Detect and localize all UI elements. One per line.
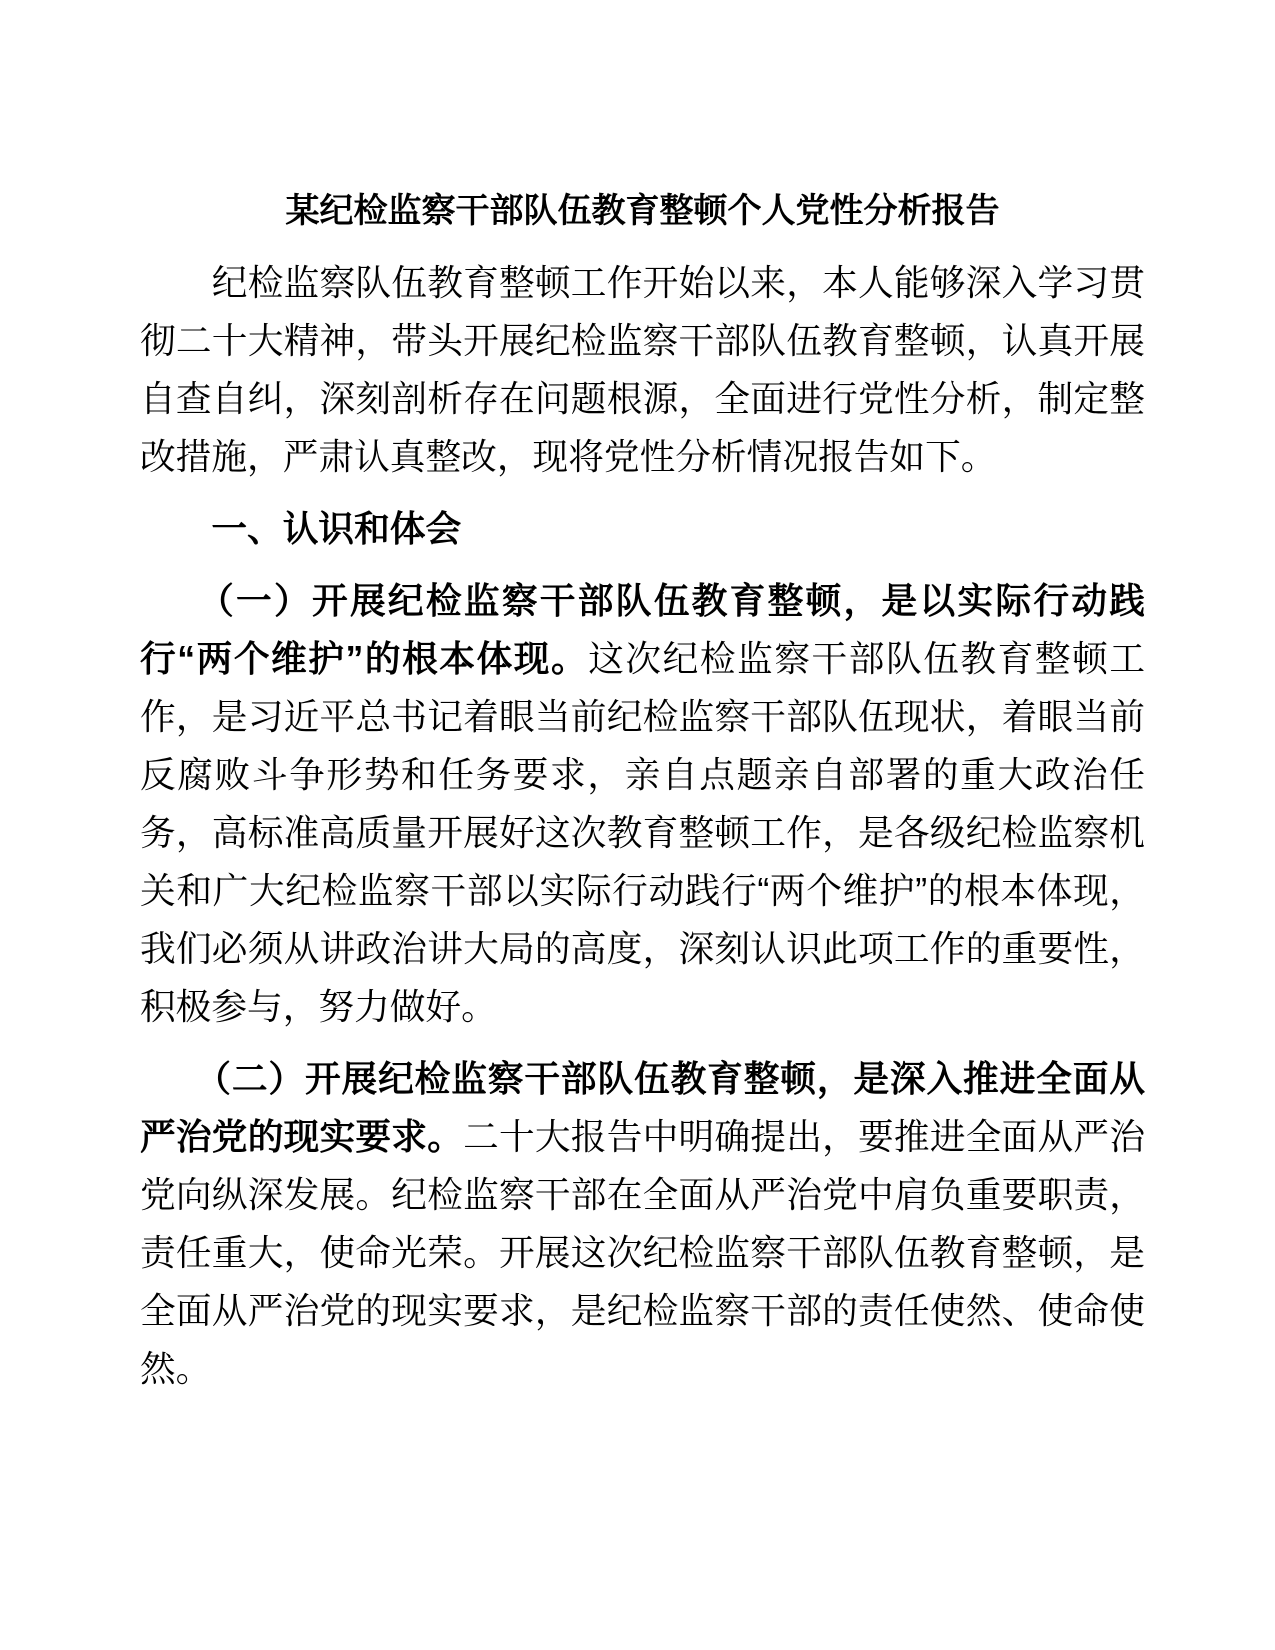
text-line-content: （二）开展纪检监察干部队伍教育整顿，是深入推进全面从 bbox=[140, 1059, 1146, 1099]
text-segment: 作，是习近平总书记着眼当前纪检监察干部队伍现状，着眼当前 bbox=[140, 697, 1145, 737]
bold-text-segment: （二）开展纪检监察干部队伍教育整顿，是深入推进全面从 bbox=[140, 1059, 1146, 1099]
bold-text-segment: 严治党的现实要求。 bbox=[140, 1117, 463, 1157]
text-line-content: 全面从严治党的现实要求，是纪检监察干部的责任使然、使命使 bbox=[140, 1291, 1145, 1331]
subsection-paragraph-1: （一）开展纪检监察干部队伍教育整顿，是以实际行动践行“两个维护”的根本体现。这次… bbox=[140, 572, 1145, 1036]
text-segment: 我们必须从讲政治讲大局的高度，深刻认识此项工作的重要性， bbox=[140, 929, 1145, 969]
text-segment: 积极参与，努力做好。 bbox=[140, 987, 497, 1027]
text-line: 彻二十大精神，带头开展纪检监察干部队伍教育整顿，认真开展 bbox=[140, 312, 1145, 370]
section-heading-1: 一、认识和体会 bbox=[140, 500, 1145, 558]
text-line: 行“两个维护”的根本体现。这次纪检监察干部队伍教育整顿工 bbox=[140, 630, 1145, 688]
text-segment: 反腐败斗争形势和任务要求，亲自点题亲自部署的重大政治任 bbox=[140, 755, 1147, 795]
text-segment: 关和广大纪检监察干部以实际行动践行“两个维护”的根本体现， bbox=[140, 871, 1146, 911]
text-segment: 这次纪检监察干部队伍教育整顿工 bbox=[588, 639, 1146, 679]
text-segment: 务，高标准高质量开展好这次教育整顿工作，是各级纪检监察机 bbox=[140, 813, 1145, 853]
text-line: 党向纵深发展。纪检监察干部在全面从严治党中肩负重要职责， bbox=[140, 1166, 1145, 1224]
bold-text-segment: （一）开展纪检监察干部队伍教育整顿，是以实际行动践 bbox=[140, 581, 1147, 621]
document-title: 某纪检监察干部队伍教育整顿个人党性分析报告 bbox=[140, 182, 1145, 240]
text-segment: 党向纵深发展。纪检监察干部在全面从严治党中肩负重要职责， bbox=[140, 1175, 1145, 1215]
text-line: 严治党的现实要求。二十大报告中明确提出，要推进全面从严治 bbox=[140, 1108, 1145, 1166]
text-line: 一、认识和体会 bbox=[140, 500, 1145, 558]
text-line: 作，是习近平总书记着眼当前纪检监察干部队伍现状，着眼当前 bbox=[140, 688, 1145, 746]
text-segment: 彻二十大精神，带头开展纪检监察干部队伍教育整顿，认真开展 bbox=[140, 321, 1145, 361]
text-line: 改措施，严肃认真整改，现将党性分析情况报告如下。 bbox=[140, 428, 1145, 486]
text-segment: 然。 bbox=[140, 1349, 211, 1389]
document-body: 纪检监察队伍教育整顿工作开始以来，本人能够深入学习贯彻二十大精神，带头开展纪检监… bbox=[140, 254, 1145, 1398]
bold-text-segment: 行“两个维护”的根本体现。 bbox=[140, 639, 588, 679]
text-line: 纪检监察队伍教育整顿工作开始以来，本人能够深入学习贯 bbox=[140, 254, 1145, 312]
text-line: 责任重大，使命光荣。开展这次纪检监察干部队伍教育整顿，是 bbox=[140, 1224, 1145, 1282]
text-line-content: 务，高标准高质量开展好这次教育整顿工作，是各级纪检监察机 bbox=[140, 813, 1145, 853]
text-line: 我们必须从讲政治讲大局的高度，深刻认识此项工作的重要性， bbox=[140, 920, 1145, 978]
text-line-content: 一、认识和体会 bbox=[140, 509, 461, 549]
text-line: 然。 bbox=[140, 1340, 1145, 1398]
text-line-content: 党向纵深发展。纪检监察干部在全面从严治党中肩负重要职责， bbox=[140, 1175, 1145, 1215]
text-line: 自查自纠，深刻剖析存在问题根源，全面进行党性分析，制定整 bbox=[140, 370, 1145, 428]
text-line-content: 关和广大纪检监察干部以实际行动践行“两个维护”的根本体现， bbox=[140, 871, 1146, 911]
text-line: （二）开展纪检监察干部队伍教育整顿，是深入推进全面从 bbox=[140, 1050, 1145, 1108]
text-segment: 改措施，严肃认真整改，现将党性分析情况报告如下。 bbox=[140, 437, 997, 477]
text-line: （一）开展纪检监察干部队伍教育整顿，是以实际行动践 bbox=[140, 572, 1145, 630]
text-line: 积极参与，努力做好。 bbox=[140, 978, 1145, 1036]
text-line-content: 严治党的现实要求。二十大报告中明确提出，要推进全面从严治 bbox=[140, 1117, 1145, 1157]
text-line-content: 我们必须从讲政治讲大局的高度，深刻认识此项工作的重要性， bbox=[140, 929, 1145, 969]
document-page: 某纪检监察干部队伍教育整顿个人党性分析报告 纪检监察队伍教育整顿工作开始以来，本… bbox=[0, 0, 1275, 1650]
text-line: 全面从严治党的现实要求，是纪检监察干部的责任使然、使命使 bbox=[140, 1282, 1145, 1340]
text-line-content: 自查自纠，深刻剖析存在问题根源，全面进行党性分析，制定整 bbox=[140, 379, 1145, 419]
intro-paragraph: 纪检监察队伍教育整顿工作开始以来，本人能够深入学习贯彻二十大精神，带头开展纪检监… bbox=[140, 254, 1145, 486]
text-line-content: 彻二十大精神，带头开展纪检监察干部队伍教育整顿，认真开展 bbox=[140, 321, 1145, 361]
text-line: 反腐败斗争形势和任务要求，亲自点题亲自部署的重大政治任 bbox=[140, 746, 1145, 804]
text-line: 关和广大纪检监察干部以实际行动践行“两个维护”的根本体现， bbox=[140, 862, 1145, 920]
text-segment: 二十大报告中明确提出，要推进全面从严治 bbox=[463, 1117, 1145, 1157]
text-line-content: 然。 bbox=[140, 1349, 211, 1389]
text-line-content: 责任重大，使命光荣。开展这次纪检监察干部队伍教育整顿，是 bbox=[140, 1233, 1145, 1273]
text-line-content: （一）开展纪检监察干部队伍教育整顿，是以实际行动践 bbox=[140, 581, 1147, 621]
text-line-content: 反腐败斗争形势和任务要求，亲自点题亲自部署的重大政治任 bbox=[140, 755, 1147, 795]
text-line-content: 行“两个维护”的根本体现。这次纪检监察干部队伍教育整顿工 bbox=[140, 639, 1147, 679]
text-segment: 责任重大，使命光荣。开展这次纪检监察干部队伍教育整顿，是 bbox=[140, 1233, 1145, 1273]
text-line: 务，高标准高质量开展好这次教育整顿工作，是各级纪检监察机 bbox=[140, 804, 1145, 862]
text-line-content: 改措施，严肃认真整改，现将党性分析情况报告如下。 bbox=[140, 437, 997, 477]
text-segment: 纪检监察队伍教育整顿工作开始以来，本人能够深入学习贯 bbox=[140, 263, 1145, 303]
text-segment: 自查自纠，深刻剖析存在问题根源，全面进行党性分析，制定整 bbox=[140, 379, 1145, 419]
text-line-content: 纪检监察队伍教育整顿工作开始以来，本人能够深入学习贯 bbox=[140, 263, 1145, 303]
subsection-paragraph-2: （二）开展纪检监察干部队伍教育整顿，是深入推进全面从严治党的现实要求。二十大报告… bbox=[140, 1050, 1145, 1398]
text-line-content: 作，是习近平总书记着眼当前纪检监察干部队伍现状，着眼当前 bbox=[140, 697, 1145, 737]
text-line-content: 积极参与，努力做好。 bbox=[140, 987, 497, 1027]
bold-text-segment: 一、认识和体会 bbox=[140, 509, 461, 549]
text-segment: 全面从严治党的现实要求，是纪检监察干部的责任使然、使命使 bbox=[140, 1291, 1145, 1331]
